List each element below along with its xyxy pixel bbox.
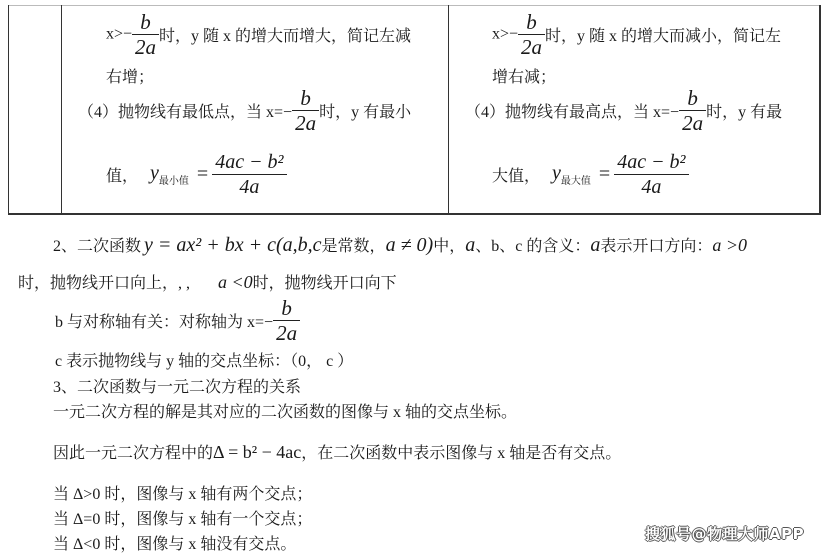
fraction: b2a [518,10,545,59]
right-line1: x>−b2a时，y 随 x 的增大而减小，简记左 [492,10,781,59]
section-3-line1: 一元二次方程的解是其对应的二次函数的图像与 x 轴的交点坐标。 [53,399,517,422]
right-line3: （4）抛物线有最高点，当 x=−b2a时，y 有最 [465,86,782,135]
right-line2: 增右减； [492,64,556,87]
fraction: b2a [132,10,159,59]
delta-line: 因此一元二次方程中的Δ = b² − 4ac，在二次函数中表示图像与 x 轴是否… [53,440,621,463]
paragraph-2-line2: 时，抛物线开口向上，, ,a <0时，抛物线开口向下 [18,270,397,293]
table-col-divider-2 [448,5,449,214]
fraction: 4ac − b²4a [212,150,286,199]
table-col-divider-1 [61,5,62,214]
section-3-title: 3、二次函数与一元二次方程的关系 [53,374,301,397]
case-negative-delta: 当 Δ<0 时，图像与 x 轴没有交点。 [53,531,296,554]
table-top-border [8,5,821,6]
table-left-border [8,5,9,214]
fraction: b2a [273,296,300,345]
table-bottom-border [8,213,821,215]
case-positive-delta: 当 Δ>0 时，图像与 x 轴有两个交点； [53,481,312,504]
left-line3: （4）抛物线有最低点，当 x=−b2a时，y 有最小 [78,86,411,135]
left-line4: 值， y最小值 =4ac − b²4a [106,150,287,199]
right-line4: 大值， y最大值 =4ac − b²4a [492,150,689,199]
symmetry-axis-line: b 与对称轴有关：对称轴为 x=−b2a [55,296,300,345]
paragraph-2-line1: 2、二次函数y = ax² + bx + c(a,b,c是常数，a ≠ 0)中，… [53,233,747,257]
table-right-border [819,5,821,214]
left-line1: x>−b2a时，y 随 x 的增大而增大，简记左减 [106,10,411,59]
fraction: b2a [292,86,319,135]
watermark: 搜狐号@物理大师APP [645,523,804,544]
fraction: b2a [679,86,706,135]
c-meaning-line: c 表示抛物线与 y 轴的交点坐标：（0， c ） [55,348,353,371]
left-line2: 右增； [106,64,154,87]
fraction: 4ac − b²4a [614,150,688,199]
case-zero-delta: 当 Δ=0 时，图像与 x 轴有一个交点； [53,506,312,529]
